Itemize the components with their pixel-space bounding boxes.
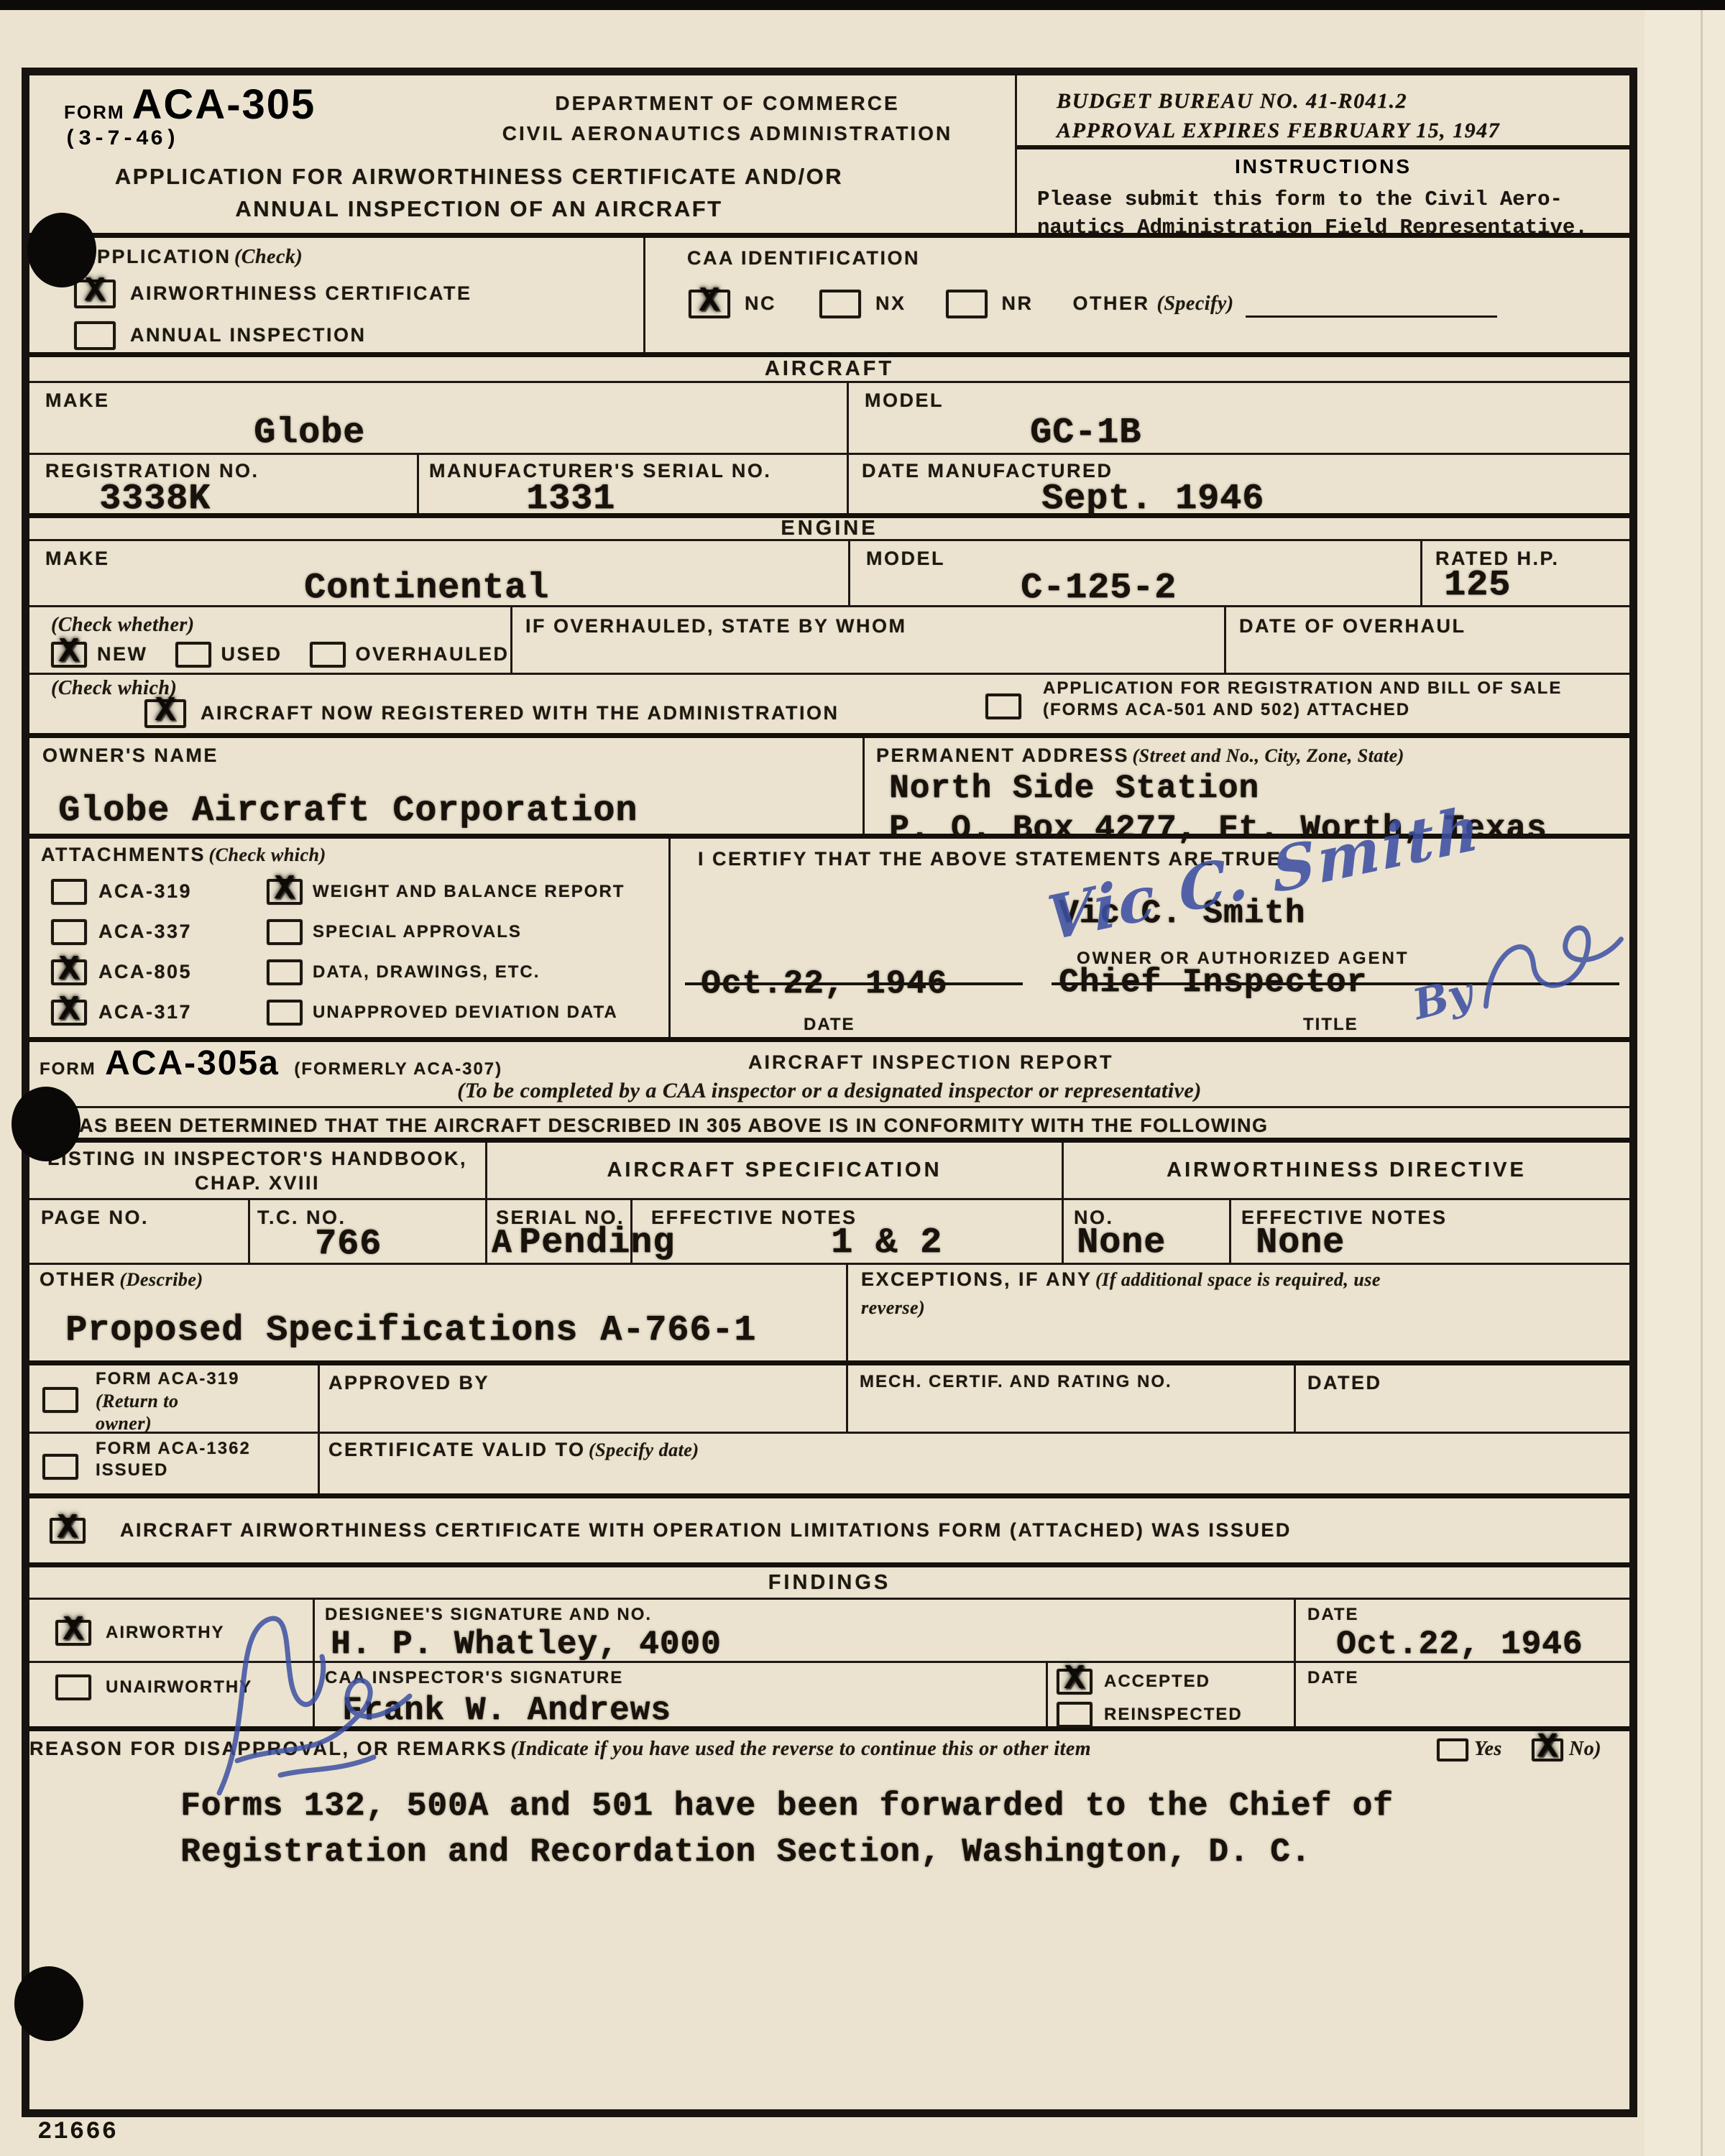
designee-signature-cell: DESIGNEE'S SIGNATURE AND NO. H. P. Whatl… — [313, 1600, 1294, 1661]
remarks-yes-label: Yes — [1474, 1737, 1502, 1761]
instructions-line1: Please submit this form to the Civil Aer… — [1037, 185, 1629, 213]
tc-no-value: 766 — [315, 1226, 485, 1264]
exceptions-label: EXCEPTIONS, IF ANY — [861, 1268, 1092, 1290]
form-identifier: FORMACA-305 (3-7-46) — [64, 84, 316, 152]
checkbox-form-1362 — [42, 1454, 78, 1480]
checkbox-aca-337 — [51, 919, 87, 945]
approved-by-cell: APPROVED BY — [318, 1365, 846, 1432]
other-specify-hint: (Specify) — [1157, 292, 1234, 316]
checkbox-airworthy — [55, 1620, 91, 1646]
application-check-hint: (Check) — [234, 246, 303, 268]
overhauled-label: OVERHAULED — [356, 642, 510, 667]
checkbox-nc — [689, 290, 730, 318]
application-label: APPLICATION — [81, 246, 231, 267]
inspector-label: CAA INSPECTOR'S SIGNATURE — [325, 1667, 1046, 1689]
engine-model-cell: MODEL C-125-2 — [848, 541, 1420, 605]
overhaul-date-label: DATE OF OVERHAUL — [1239, 614, 1629, 639]
report-title: AIRCRAFT INSPECTION REPORT — [748, 1051, 1114, 1075]
serial-no-cell: SERIAL NO. A Pending — [485, 1200, 630, 1263]
hole-punch-top — [27, 213, 96, 287]
engine-make-model-row: MAKE Continental MODEL C-125-2 RATED H.P… — [29, 541, 1629, 607]
checkbox-remarks-yes — [1437, 1738, 1468, 1761]
spec-header-cell: AIRCRAFT SPECIFICATION — [485, 1143, 1062, 1198]
attachments-label: ATTACHMENTS — [41, 844, 206, 865]
aircraft-model-cell: MODEL GC-1B — [847, 383, 1629, 453]
owner-address-cell: PERMANENT ADDRESS (Street and No., City,… — [862, 738, 1629, 834]
designee-date-label: DATE — [1307, 1604, 1629, 1626]
mech-certif-label: MECH. CERTIF. AND RATING NO. — [860, 1371, 1294, 1393]
aircraft-make-model-row: MAKE Globe MODEL GC-1B — [29, 383, 1629, 455]
date-manufactured-cell: DATE MANUFACTURED Sept. 1946 — [847, 455, 1629, 513]
aircraft-model-value: GC-1B — [1030, 415, 1629, 453]
checkbox-new — [51, 642, 87, 668]
department-heading: DEPARTMENT OF COMMERCE CIVIL AERONAUTICS… — [469, 88, 986, 149]
checkbox-accepted — [1057, 1669, 1092, 1695]
dated-cell: DATED — [1294, 1365, 1629, 1432]
aircraft-make-value: Globe — [254, 415, 847, 453]
aca-337-label: ACA-337 — [98, 920, 192, 944]
page-no-cell: PAGE NO. — [29, 1200, 248, 1263]
inspector-value: Frank W. Andrews — [342, 1693, 1046, 1728]
form-number: ACA-305 — [132, 81, 316, 128]
engine-make-value: Continental — [304, 570, 848, 608]
approved-by-label: APPROVED BY — [328, 1371, 846, 1396]
countersign-by-script: By — [1408, 967, 1478, 1029]
designee-date-value: Oct.22, 1946 — [1336, 1627, 1629, 1662]
other-describe-hint: (Describe) — [119, 1269, 203, 1290]
header-right: BUDGET BUREAU NO. 41-R041.2 APPROVAL EXP… — [1015, 75, 1629, 233]
address-label: PERMANENT ADDRESS — [876, 745, 1129, 766]
other-label: OTHER — [1073, 292, 1150, 316]
aca-319-label: ACA-319 — [98, 880, 192, 904]
reinspected-label: REINSPECTED — [1104, 1704, 1243, 1726]
owner-name-cell: OWNER'S NAME Globe Aircraft Corporation — [29, 738, 862, 834]
airworthiness-certificate-label: AIRWORTHINESS CERTIFICATE — [130, 282, 472, 306]
weight-balance-label: WEIGHT AND BALANCE REPORT — [313, 881, 625, 903]
designee-value: H. P. Whatley, 4000 — [331, 1627, 1294, 1662]
paper-margin — [1644, 10, 1725, 2156]
unapproved-deviation-label: UNAPPROVED DEVIATION DATA — [313, 1002, 618, 1023]
new-label: NEW — [97, 642, 148, 667]
hole-punch-middle — [11, 1087, 80, 1161]
budget-line1: BUDGET BUREAU NO. 41-R041.2 — [1057, 87, 1629, 116]
aca-317-label: ACA-317 — [98, 1000, 192, 1025]
form-319-label-line1: FORM ACA-319 — [96, 1368, 239, 1390]
inspector-date-label: DATE — [1307, 1667, 1629, 1689]
report-subtitle: (To be completed by a CAA inspector or a… — [29, 1078, 1629, 1104]
used-label: USED — [221, 642, 282, 667]
checkbox-certificate-issued — [50, 1518, 86, 1544]
directive-header: AIRWORTHINESS DIRECTIVE — [1167, 1157, 1527, 1183]
conformity-header-row: LISTING IN INSPECTOR'S HANDBOOK, CHAP. X… — [29, 1143, 1629, 1200]
budget-line2: APPROVAL EXPIRES FEBRUARY 15, 1947 — [1057, 116, 1629, 146]
form-319-row: FORM ACA-319 (Return to owner) APPROVED … — [29, 1365, 1629, 1434]
caa-identification-section: CAA IDENTIFICATION NC NX NR OTHER (Speci… — [643, 238, 1629, 352]
checkbox-registered — [144, 699, 186, 728]
registration-value: 3338K — [99, 481, 417, 519]
special-approvals-label: SPECIAL APPROVALS — [313, 921, 522, 943]
aircraft-make-label: MAKE — [45, 389, 847, 413]
form-1362-row: FORM ACA-1362 ISSUED CERTIFICATE VALID T… — [29, 1434, 1629, 1498]
budget-bureau-box: BUDGET BUREAU NO. 41-R041.2 APPROVAL EXP… — [1017, 75, 1629, 149]
form-319-label-line3: owner) — [96, 1412, 239, 1434]
listing-header-cell: LISTING IN INSPECTOR'S HANDBOOK, CHAP. X… — [29, 1143, 485, 1198]
checkbox-reinspected — [1057, 1702, 1092, 1728]
accepted-cell: ACCEPTED REINSPECTED — [1046, 1663, 1294, 1726]
certificate-issued-row: AIRCRAFT AIRWORTHINESS CERTIFICATE WITH … — [29, 1498, 1629, 1567]
address-line1: North Side Station — [889, 771, 1629, 806]
paper-edge — [1701, 10, 1703, 2156]
checkbox-form-319 — [42, 1387, 78, 1413]
engine-band: ENGINE — [29, 518, 1629, 541]
exceptions-hint2: reverse) — [861, 1296, 1615, 1319]
report-form-label: FORM — [40, 1059, 96, 1079]
form-revision: (3-7-46) — [64, 127, 316, 152]
form-319-label-line2: (Return to — [96, 1390, 239, 1412]
annual-inspection-label: ANNUAL INSPECTION — [130, 323, 367, 348]
directive-no-value: None — [1077, 1225, 1229, 1263]
serial-cell: MANUFACTURER'S SERIAL NO. 1331 — [417, 455, 847, 513]
findings-section-title: FINDINGS — [768, 1570, 891, 1595]
department-line1: DEPARTMENT OF COMMERCE — [469, 88, 986, 119]
registration-status-row: (Check which) AIRCRAFT NOW REGISTERED WI… — [29, 675, 1629, 738]
aircraft-model-label: MODEL — [865, 389, 1629, 413]
engine-condition-cell: (Check whether) NEW USED OVERHAULED — [29, 607, 510, 673]
determination-text: IT HAS BEEN DETERMINED THAT THE AIRCRAFT… — [38, 1115, 1269, 1136]
date-underline — [685, 982, 1023, 985]
checkbox-unapproved-deviation — [267, 1000, 303, 1026]
checkbox-overhauled — [310, 642, 346, 668]
date-manufactured-value: Sept. 1946 — [1041, 481, 1629, 519]
report-form-number: ACA-305a — [105, 1044, 280, 1082]
data-drawings-label: DATA, DRAWINGS, ETC. — [313, 962, 540, 983]
page-no-label: PAGE NO. — [41, 1206, 248, 1230]
checkbox-annual-inspection — [74, 321, 116, 350]
engine-make-cell: MAKE Continental — [29, 541, 848, 605]
application-section: APPLICATION (Check) AIRWORTHINESS CERTIF… — [29, 238, 643, 352]
valid-to-cell: CERTIFICATE VALID TO (Specify date) — [318, 1434, 1629, 1493]
directive-header-cell: AIRWORTHINESS DIRECTIVE — [1062, 1143, 1629, 1198]
checkbox-aca-805 — [51, 959, 87, 985]
aircraft-band: AIRCRAFT — [29, 357, 1629, 383]
other-specify-blank — [1246, 291, 1497, 318]
designee-date-cell: DATE Oct.22, 1946 — [1294, 1600, 1629, 1661]
form-1362-label-line2: ISSUED — [96, 1460, 251, 1481]
exceptions-cell: EXCEPTIONS, IF ANY (If additional space … — [846, 1265, 1629, 1360]
serial-no-value-a: A — [492, 1226, 512, 1261]
certify-date-label: DATE — [804, 1014, 855, 1036]
tc-no-cell: T.C. NO. 766 — [248, 1200, 485, 1263]
inspector-date-cell: DATE — [1294, 1663, 1629, 1726]
engine-hp-value: 125 — [1444, 567, 1629, 605]
checkbox-airworthiness-certificate — [74, 280, 116, 308]
serial-footer-number: 21666 — [37, 2119, 118, 2146]
other-cell: OTHER (Describe) Proposed Specifications… — [29, 1265, 846, 1360]
caa-identification-label: CAA IDENTIFICATION — [687, 247, 920, 271]
spec-header: AIRCRAFT SPECIFICATION — [607, 1157, 942, 1183]
other-exceptions-row: OTHER (Describe) Proposed Specifications… — [29, 1265, 1629, 1365]
form-title-line2: ANNUAL INSPECTION OF AN AIRCRAFT — [29, 193, 929, 226]
application-attached-line1: APPLICATION FOR REGISTRATION AND BILL OF… — [1043, 678, 1562, 699]
address-label-hint: (Street and No., City, Zone, State) — [1132, 745, 1404, 766]
designee-label: DESIGNEE'S SIGNATURE AND NO. — [325, 1604, 1294, 1626]
header-left: FORMACA-305 (3-7-46) DEPARTMENT OF COMME… — [29, 75, 1015, 233]
registration-status-cell: (Check which) AIRCRAFT NOW REGISTERED WI… — [29, 675, 1629, 733]
inspection-report-header-cell: FORM ACA-305a (FORMERLY ACA-307) AIRCRAF… — [29, 1042, 1629, 1106]
owner-name-label: OWNER'S NAME — [42, 744, 862, 768]
checkbox-aca-317 — [51, 1000, 87, 1026]
listing-line2: CHAP. XVIII — [29, 1171, 485, 1196]
form-label: FORM — [64, 101, 125, 123]
certificate-issued-label: AIRCRAFT AIRWORTHINESS CERTIFICATE WITH … — [120, 1519, 1292, 1543]
serial-label: MANUFACTURER'S SERIAL NO. — [429, 459, 847, 484]
engine-model-value: C-125-2 — [1021, 570, 1420, 608]
valid-to-hint: (Specify date) — [589, 1439, 699, 1460]
aca-805-label: ACA-805 — [98, 960, 192, 985]
form-title-line1: APPLICATION FOR AIRWORTHINESS CERTIFICAT… — [29, 161, 929, 193]
overhaul-date-cell: DATE OF OVERHAUL — [1224, 607, 1629, 673]
listing-line1: LISTING IN INSPECTOR'S HANDBOOK, — [29, 1147, 485, 1171]
checkbox-used — [175, 642, 211, 668]
form-319-cell: FORM ACA-319 (Return to owner) — [29, 1365, 318, 1432]
determination-row: IT HAS BEEN DETERMINED THAT THE AIRCRAFT… — [29, 1108, 1629, 1143]
registration-cell: REGISTRATION NO. 3338K — [29, 455, 417, 513]
spec-notes-cell: EFFECTIVE NOTES 1 & 2 — [630, 1200, 1062, 1263]
header-row: FORMACA-305 (3-7-46) DEPARTMENT OF COMME… — [29, 75, 1629, 238]
checkbox-nr — [946, 290, 988, 318]
form-1362-cell: FORM ACA-1362 ISSUED — [29, 1434, 318, 1493]
directive-no-cell: NO. None — [1062, 1200, 1229, 1263]
inspection-report-header: FORM ACA-305a (FORMERLY ACA-307) AIRCRAF… — [29, 1042, 1629, 1108]
remarks-label-hint: (Indicate if you have used the reverse t… — [511, 1738, 1092, 1760]
determination-cell: IT HAS BEEN DETERMINED THAT THE AIRCRAFT… — [29, 1108, 1629, 1138]
checkbox-special-approvals — [267, 919, 303, 945]
application-caa-row: APPLICATION (Check) AIRWORTHINESS CERTIF… — [29, 238, 1629, 357]
checkbox-application-attached — [985, 694, 1021, 719]
scan-edge-top — [0, 0, 1725, 10]
accepted-label: ACCEPTED — [1104, 1671, 1210, 1692]
attachments-cell: ATTACHMENTS (Check which) ACA-319 ACA-33… — [29, 839, 668, 1037]
directive-notes-cell: EFFECTIVE NOTES None — [1229, 1200, 1629, 1263]
other-value: Proposed Specifications A-766-1 — [65, 1312, 756, 1350]
instructions-box: INSTRUCTIONS Please submit this form to … — [1017, 149, 1629, 241]
serial-value: 1331 — [526, 481, 847, 519]
conformity-value-row: PAGE NO. T.C. NO. 766 SERIAL NO. A Pendi… — [29, 1200, 1629, 1265]
nc-label: NC — [745, 292, 776, 316]
nx-label: NX — [875, 292, 906, 316]
serial-no-value-pending: Pending — [519, 1225, 675, 1263]
form-title: APPLICATION FOR AIRWORTHINESS CERTIFICAT… — [29, 161, 929, 226]
mech-certif-cell: MECH. CERTIF. AND RATING NO. — [846, 1365, 1294, 1432]
hole-punch-bottom — [14, 1966, 83, 2041]
aircraft-registration-row: REGISTRATION NO. 3338K MANUFACTURER'S SE… — [29, 455, 1629, 518]
owner-name-value: Globe Aircraft Corporation — [58, 793, 862, 831]
remarks-body-line2: Registration and Recordation Section, Wa… — [180, 1835, 1394, 1869]
whatley-signature-script-icon — [194, 1588, 431, 1811]
checkbox-nx — [819, 290, 861, 318]
report-formerly: (FORMERLY ACA-307) — [294, 1059, 502, 1079]
spec-notes-value: 1 & 2 — [831, 1225, 1062, 1263]
overhaul-by-label: IF OVERHAULED, STATE BY WHOM — [525, 614, 1224, 639]
checkbox-data-drawings — [267, 959, 303, 985]
checkbox-aca-319 — [51, 879, 87, 905]
nr-label: NR — [1002, 292, 1034, 316]
aircraft-section-title: AIRCRAFT — [765, 356, 894, 382]
application-attached-line2: (FORMS ACA-501 AND 502) ATTACHED — [1043, 699, 1562, 721]
checkbox-weight-balance — [267, 879, 303, 905]
overhaul-by-cell: IF OVERHAULED, STATE BY WHOM — [510, 607, 1224, 673]
valid-to-label: CERTIFICATE VALID TO — [328, 1439, 586, 1460]
dated-label: DATED — [1307, 1371, 1629, 1396]
instructions-title: INSTRUCTIONS — [1017, 155, 1629, 178]
form-1362-label-line1: FORM ACA-1362 — [96, 1438, 251, 1460]
checkbox-unairworthy — [55, 1674, 91, 1700]
engine-hp-cell: RATED H.P. 125 — [1420, 541, 1629, 605]
checkbox-remarks-no — [1532, 1738, 1563, 1761]
other-describe-label: OTHER — [40, 1268, 116, 1290]
attachments-check-hint: (Check which) — [208, 844, 326, 865]
certify-title-label: TITLE — [1303, 1014, 1358, 1036]
exceptions-hint1: (If additional space is required, use — [1095, 1269, 1381, 1290]
aircraft-make-cell: MAKE Globe — [29, 383, 847, 453]
engine-condition-row: (Check whether) NEW USED OVERHAULED IF O… — [29, 607, 1629, 675]
registered-label: AIRCRAFT NOW REGISTERED WITH THE ADMINIS… — [201, 701, 839, 726]
department-line2: CIVIL AERONAUTICS ADMINISTRATION — [469, 119, 986, 149]
remarks-no-label: No) — [1569, 1737, 1601, 1761]
engine-section-title: ENGINE — [781, 515, 878, 541]
